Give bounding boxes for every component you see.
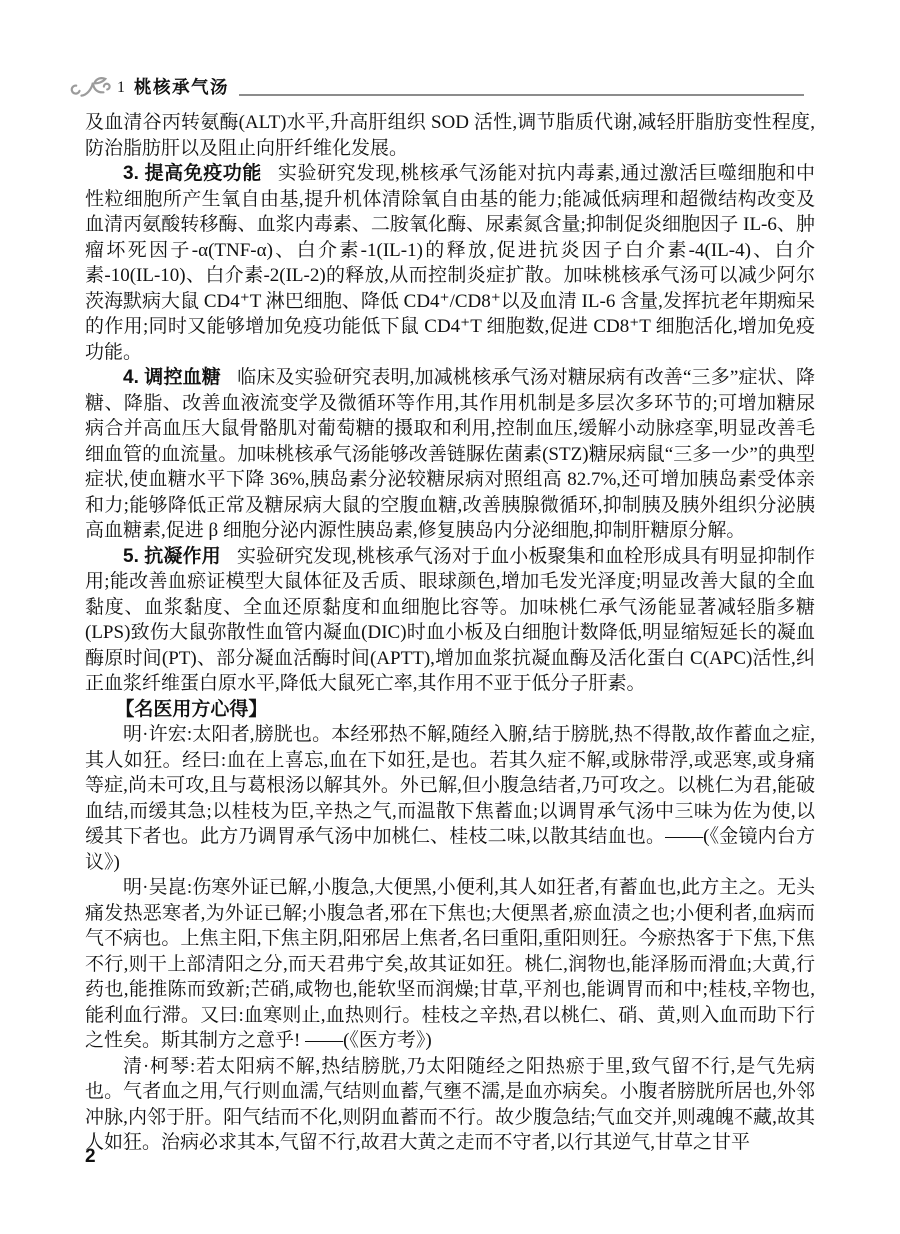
- flourish-ornament-icon: [70, 75, 112, 101]
- paragraph: 及血清谷丙转氨酶(ALT)水平,升高肝组织 SOD 活性,调节脂质代谢,减轻肝脂…: [85, 110, 815, 161]
- paragraph: 明·吴崑:伤寒外证已解,小腹急,大便黑,小便利,其人如狂者,有蓄血也,此方主之。…: [85, 875, 815, 1054]
- paragraph-text: 明·许宏:太阳者,膀胱也。本经邪热不解,随经入腑,结于膀胱,热不得散,故作蓄血之…: [85, 724, 815, 873]
- paragraph-text: 及血清谷丙转氨酶(ALT)水平,升高肝组织 SOD 活性,调节脂质代谢,减轻肝脂…: [85, 112, 815, 159]
- paragraph: 明·许宏:太阳者,膀胱也。本经邪热不解,随经入腑,结于膀胱,热不得散,故作蓄血之…: [85, 722, 815, 875]
- chapter-title: 桃核承气汤: [134, 79, 229, 97]
- paragraph-lead: 4. 调控血糖: [123, 367, 221, 388]
- header-rule: [239, 94, 804, 96]
- paragraph: 5. 抗凝作用实验研究发现,桃核承气汤对于血小板聚集和血栓形成具有明显抑制作用;…: [85, 544, 815, 697]
- paragraph-text: 临床及实验研究表明,加减桃核承气汤对糖尿病有改善“三多”症状、降糖、降脂、改善血…: [85, 367, 815, 541]
- paragraph-text: 实验研究发现,桃核承气汤对于血小板聚集和血栓形成具有明显抑制作用;能改善血瘀证模…: [85, 546, 815, 695]
- paragraph-text: 清·柯琴:若太阳病不解,热结膀胱,乃太阳随经之阳热瘀于里,致气留不行,是气先病也…: [85, 1056, 815, 1154]
- page-number: 2: [85, 1146, 96, 1168]
- paragraph-lead: 3. 提高免疫功能: [123, 163, 262, 184]
- book-page: 1 桃核承气汤 及血清谷丙转氨酶(ALT)水平,升高肝组织 SOD 活性,调节脂…: [0, 0, 900, 1234]
- paragraph-text: 实验研究发现,桃核承气汤能对抗内毒素,通过激活巨噬细胞和中性粒细胞所产生氧自由基…: [85, 163, 815, 363]
- section-heading: 【名医用方心得】: [85, 697, 815, 723]
- running-head: 1 桃核承气汤: [70, 74, 815, 102]
- paragraph: 3. 提高免疫功能实验研究发现,桃核承气汤能对抗内毒素,通过激活巨噬细胞和中性粒…: [85, 161, 815, 365]
- body-text: 及血清谷丙转氨酶(ALT)水平,升高肝组织 SOD 活性,调节脂质代谢,减轻肝脂…: [85, 110, 815, 1156]
- paragraph-text: 明·吴崑:伤寒外证已解,小腹急,大便黑,小便利,其人如狂者,有蓄血也,此方主之。…: [85, 877, 815, 1051]
- section-heading-label: 【名医用方心得】: [115, 699, 267, 720]
- paragraph-lead: 5. 抗凝作用: [123, 546, 221, 567]
- paragraph: 清·柯琴:若太阳病不解,热结膀胱,乃太阳随经之阳热瘀于里,致气留不行,是气先病也…: [85, 1054, 815, 1156]
- chapter-number: 1: [117, 80, 125, 96]
- paragraph: 4. 调控血糖临床及实验研究表明,加减桃核承气汤对糖尿病有改善“三多”症状、降糖…: [85, 365, 815, 544]
